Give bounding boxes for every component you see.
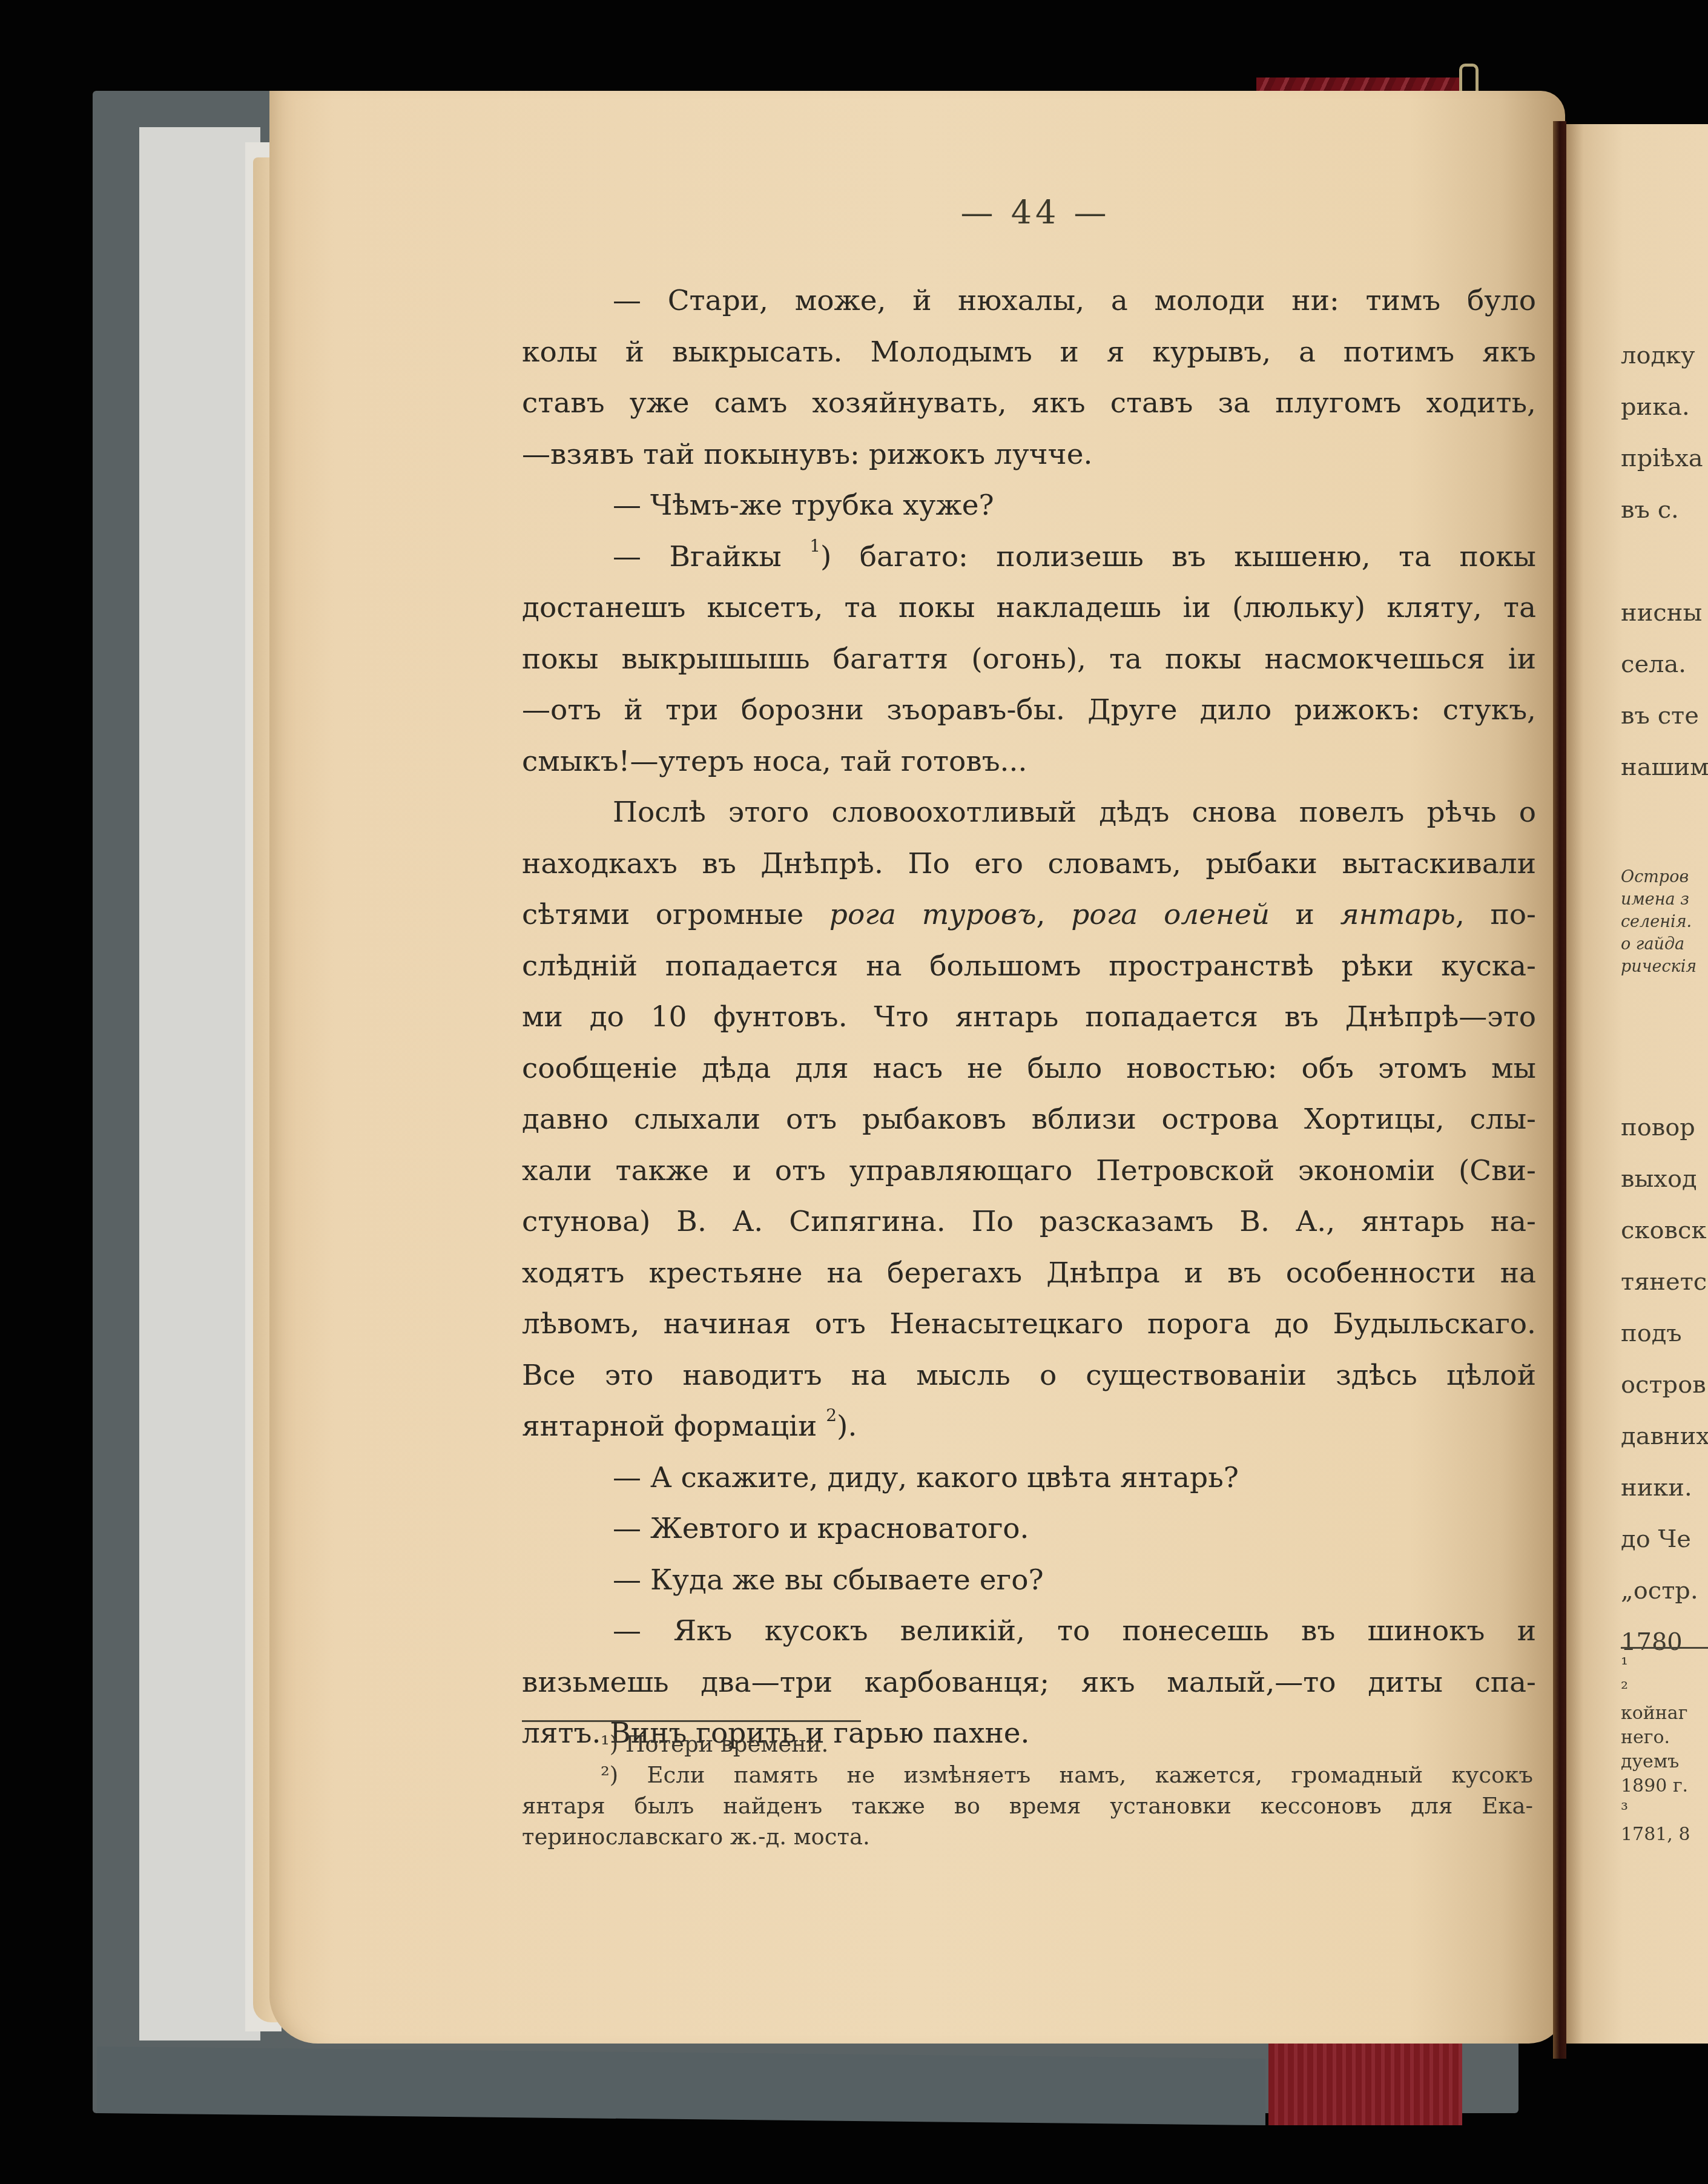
footnote-line: теринославскаго ж.-д. моста. [522, 1821, 1533, 1852]
footnote-rule [522, 1720, 861, 1722]
text-line: хали также и отъ управляющаго Петровской… [522, 1146, 1536, 1197]
right-page-text-middle: поворвыходсковсктянетсподъостровдавнихни… [1621, 1051, 1708, 1668]
adjacent-page-line: о гайда [1621, 933, 1696, 955]
right-page-italic-note: Островимена зселенія.о гайдарическія [1621, 866, 1696, 978]
text-line: давно слыхали отъ рыбаковъ вблизи остров… [522, 1094, 1536, 1146]
text-line: ставъ уже самъ хозяйнувать, якъ ставъ за… [522, 378, 1536, 429]
text-line: достанешъ кысетъ, та покы накладешь іи (… [522, 582, 1536, 634]
adjacent-page-line: пріѣха [1621, 433, 1708, 484]
adjacent-page-line [1621, 536, 1708, 587]
adjacent-page-line [1621, 279, 1708, 330]
adjacent-page-line: ники. [1621, 1462, 1708, 1514]
adjacent-page-line: нисны [1621, 587, 1708, 639]
adjacent-page-line: 1781, 8 [1621, 1823, 1690, 1847]
text-line: — Стари, може, й нюхалы, а молоди ни: ти… [522, 275, 1536, 327]
text-line: янтарной формаціи 2). [522, 1401, 1536, 1453]
adjacent-page-line: въ сте [1621, 690, 1708, 742]
adjacent-page-line: остров [1621, 1359, 1708, 1411]
text-line: — Жевтого и красноватого. [522, 1503, 1536, 1555]
body-text: — Стари, може, й нюхалы, а молоди ни: ти… [522, 275, 1536, 1760]
adjacent-page-line: до Че [1621, 1514, 1708, 1565]
right-page-fragment: лодкурика.пріѣхавъ с. ниснысела.въ стена… [1566, 124, 1708, 2044]
adjacent-page-line: „остр. [1621, 1565, 1708, 1617]
footnote-line: ¹) Потери времени. [522, 1729, 1533, 1760]
adjacent-page-line: него. [1621, 1726, 1690, 1750]
right-page-footnote-rule [1621, 1647, 1708, 1649]
adjacent-page-line: ³ [1621, 1798, 1690, 1823]
text-line: визьмешь два—три карбованця; якъ малый,—… [522, 1657, 1536, 1709]
text-line: стунова) В. А. Сипягина. По разсказамъ В… [522, 1196, 1536, 1248]
page-number: — 44 — [945, 194, 1126, 232]
text-line: лѣвомъ, начиная отъ Ненасытецкаго порога… [522, 1299, 1536, 1350]
adjacent-page-line [1621, 1051, 1708, 1102]
adjacent-page-line: рическія [1621, 955, 1696, 978]
book-gutter [1553, 121, 1566, 2059]
adjacent-page-line: рика. [1621, 381, 1708, 433]
italic-phrase: янтарь [1340, 898, 1456, 931]
adjacent-page-line: села. [1621, 639, 1708, 690]
right-page-footnotes: ¹²койнагнего.дуемъ1890 г.³1781, 8 [1621, 1653, 1690, 1847]
text-line: смыкъ!—утеръ носа, тай готовъ... [522, 736, 1536, 788]
text-line: —взявъ тай покынувъ: рижокъ лучче. [522, 429, 1536, 481]
italic-phrase: рога оленей [1071, 898, 1270, 931]
adjacent-page-line: выход [1621, 1153, 1708, 1205]
book-cover-bottom-edge [97, 2047, 1265, 2125]
adjacent-page-line: повор [1621, 1102, 1708, 1153]
text-line: Послѣ этого словоохотливый дѣдъ снова по… [522, 787, 1536, 839]
adjacent-page-line: тянетс [1621, 1256, 1708, 1308]
text-line: покы выкрышышь багаття (огонь), та покы … [522, 634, 1536, 685]
adjacent-page-line: Остров [1621, 866, 1696, 888]
text-line: слѣдній попадается на большомъ пространс… [522, 941, 1536, 992]
adjacent-page-line: имена з [1621, 888, 1696, 911]
text-line: ходятъ крестьяне на берегахъ Днѣпра и въ… [522, 1248, 1536, 1299]
adjacent-page-line: 1890 г. [1621, 1774, 1690, 1798]
footnote-line: янтаря былъ найденъ также во время устан… [522, 1790, 1533, 1821]
adjacent-page-line: лодку [1621, 330, 1708, 381]
footnote-marker: 1 [809, 536, 820, 556]
adjacent-page-line: ² [1621, 1677, 1690, 1701]
adjacent-page-line: давних [1621, 1411, 1708, 1462]
text-line: —отъ й три борозни зъоравъ-бы. Друге дил… [522, 685, 1536, 736]
italic-phrase: рога туровъ [829, 898, 1037, 931]
adjacent-page-line: дуемъ [1621, 1750, 1690, 1774]
footnote-marker: 2 [826, 1405, 837, 1425]
footnotes: ¹) Потери времени.²) Если память не измѣ… [522, 1729, 1533, 1852]
text-line: — Чѣмъ-же трубка хуже? [522, 480, 1536, 532]
text-line: колы й выкрысать. Молодымъ и я курывъ, а… [522, 327, 1536, 378]
adjacent-page-line: ¹ [1621, 1653, 1690, 1677]
adjacent-page-line: сковск [1621, 1205, 1708, 1256]
adjacent-page-line: подъ [1621, 1308, 1708, 1359]
text-line: ми до 10 фунтовъ. Что янтарь попадается … [522, 992, 1536, 1043]
text-line: — Вгайкы 1) багато: полизешь въ кышеню, … [522, 532, 1536, 583]
text-line: сѣтями огромные рога туровъ, рога оленей… [522, 889, 1536, 941]
text-line: — Куда же вы сбываете его? [522, 1555, 1536, 1606]
text-line: находкахъ въ Днѣпрѣ. По его словамъ, рыб… [522, 839, 1536, 890]
adjacent-page-line: койнаг [1621, 1701, 1690, 1726]
flyleaf [139, 127, 260, 2040]
text-line: сообщеніе дѣда для насъ не было новостью… [522, 1043, 1536, 1095]
text-line: Все это наводитъ на мысль о существовані… [522, 1350, 1536, 1402]
adjacent-page-line: нашим [1621, 742, 1708, 793]
right-page-text-top: лодкурика.пріѣхавъ с. ниснысела.въ стена… [1621, 279, 1708, 793]
text-line: — Якъ кусокъ великій, то понесешь въ шин… [522, 1606, 1536, 1657]
text-line: — А скажите, диду, какого цвѣта янтарь? [522, 1453, 1536, 1504]
adjacent-page-line: селенія. [1621, 911, 1696, 933]
adjacent-page-line: въ с. [1621, 484, 1708, 536]
footnote-line: ²) Если память не измѣняетъ намъ, кажетс… [522, 1760, 1533, 1790]
